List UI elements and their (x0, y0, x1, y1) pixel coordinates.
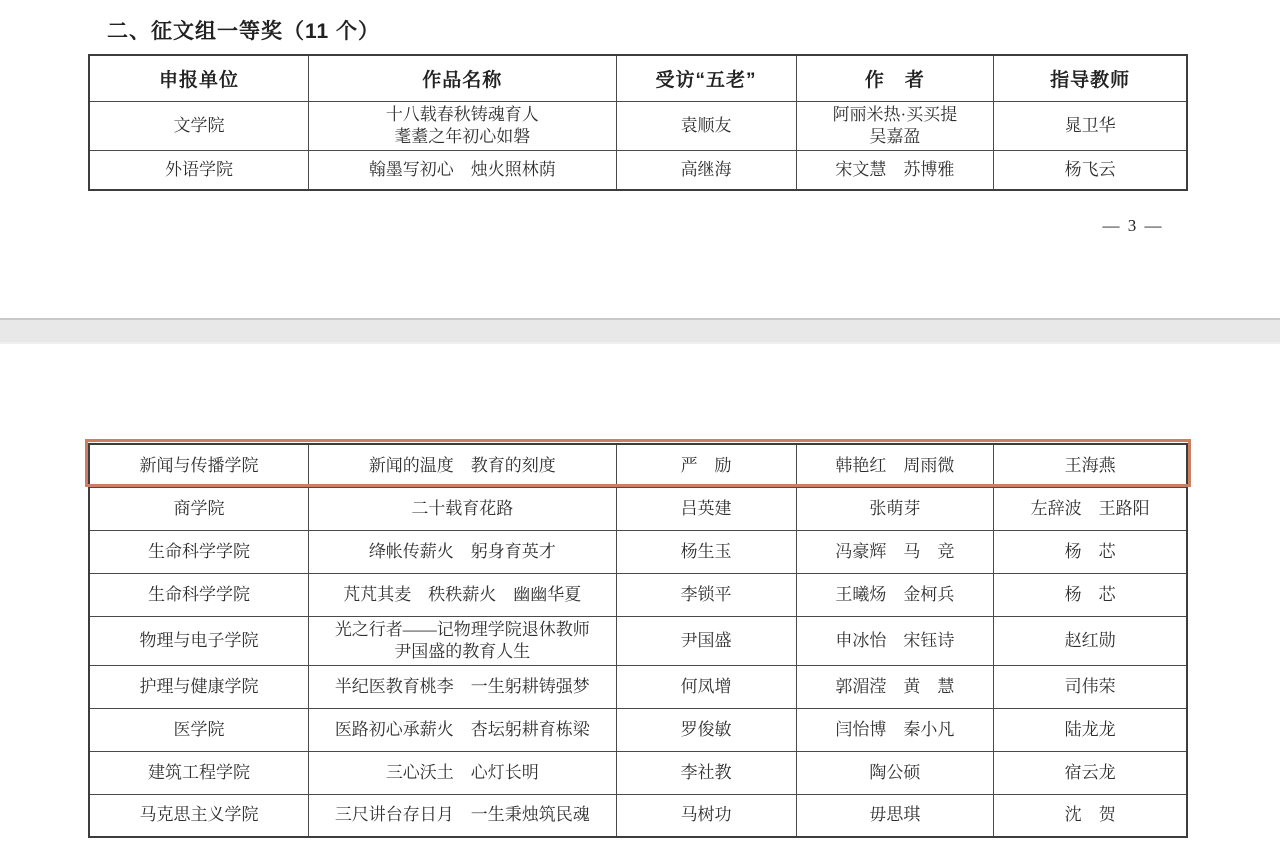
table-cell: 郭湄滢 黄 慧 (796, 665, 994, 708)
table-cell: 杨 芯 (994, 573, 1187, 616)
awards-table-page4: 新闻与传播学院新闻的温度 教育的刻度严 励韩艳红 周雨微王海燕商学院二十载育花路… (88, 443, 1188, 838)
table-cell: 阿丽米热·买买提 吴嘉盈 (796, 101, 994, 150)
table-cell: 商学院 (89, 487, 309, 530)
table-cell: 马克思主义学院 (89, 794, 309, 837)
table-cell: 医路初心承薪火 杏坛躬耕育栋梁 (309, 708, 616, 751)
table-cell: 二十载育花路 (309, 487, 616, 530)
table-row: 建筑工程学院三心沃土 心灯长明李社教陶公硕宿云龙 (89, 751, 1187, 794)
table-cell: 冯豪辉 马 竞 (796, 530, 994, 573)
table-cell: 医学院 (89, 708, 309, 751)
table-header-row: 申报单位作品名称受访“五老”作 者指导教师 (89, 55, 1187, 101)
page-break-band (0, 318, 1280, 344)
table-cell: 宋文慧 苏博雅 (796, 150, 994, 190)
table-cell: 三尺讲台存日月 一生秉烛筑民魂 (309, 794, 616, 837)
table-cell: 生命科学学院 (89, 530, 309, 573)
table-cell: 物理与电子学院 (89, 616, 309, 665)
table-cell: 严 励 (616, 444, 796, 487)
table-cell: 半纪医教育桃李 一生躬耕铸强梦 (309, 665, 616, 708)
table-row: 马克思主义学院三尺讲台存日月 一生秉烛筑民魂马树功毋思琪沈 贺 (89, 794, 1187, 837)
table-row: 医学院医路初心承薪火 杏坛躬耕育栋梁罗俊敏闫怡博 秦小凡陆龙龙 (89, 708, 1187, 751)
table-cell: 沈 贺 (994, 794, 1187, 837)
table-cell: 护理与健康学院 (89, 665, 309, 708)
table-row: 商学院二十载育花路吕英建张萌芽左辞波 王路阳 (89, 487, 1187, 530)
table-cell: 尹国盛 (616, 616, 796, 665)
table-header-cell: 指导教师 (994, 55, 1187, 101)
table-cell: 杨 芯 (994, 530, 1187, 573)
table-cell: 韩艳红 周雨微 (796, 444, 994, 487)
table-cell: 赵红勋 (994, 616, 1187, 665)
table-cell: 陆龙龙 (994, 708, 1187, 751)
table-cell: 光之行者——记物理学院退休教师 尹国盛的教育人生 (309, 616, 616, 665)
table-row: 物理与电子学院光之行者——记物理学院退休教师 尹国盛的教育人生尹国盛申冰怡 宋钰… (89, 616, 1187, 665)
table-cell: 闫怡博 秦小凡 (796, 708, 994, 751)
table-cell: 三心沃土 心灯长明 (309, 751, 616, 794)
table-cell: 杨飞云 (994, 150, 1187, 190)
table-cell: 陶公硕 (796, 751, 994, 794)
table-row: 外语学院翰墨写初心 烛火照林荫高继海宋文慧 苏博雅杨飞云 (89, 150, 1187, 190)
table-cell: 宿云龙 (994, 751, 1187, 794)
table-cell: 王曦炀 金柯兵 (796, 573, 994, 616)
table-cell: 李锁平 (616, 573, 796, 616)
table-row: 生命科学学院绛帐传薪火 躬身育英才杨生玉冯豪辉 马 竞杨 芯 (89, 530, 1187, 573)
table-cell: 张萌芽 (796, 487, 994, 530)
table-cell: 杨生玉 (616, 530, 796, 573)
table-cell: 生命科学学院 (89, 573, 309, 616)
table-cell: 芃芃其麦 秩秩薪火 幽幽华夏 (309, 573, 616, 616)
table-cell: 申冰怡 宋钰诗 (796, 616, 994, 665)
table-row: 文学院十八载春秋铸魂育人 耄耋之年初心如磐袁顺友阿丽米热·买买提 吴嘉盈晁卫华 (89, 101, 1187, 150)
table-cell: 王海燕 (994, 444, 1187, 487)
table-cell: 袁顺友 (616, 101, 796, 150)
table-cell: 马树功 (616, 794, 796, 837)
table-cell: 司伟荣 (994, 665, 1187, 708)
table-cell: 左辞波 王路阳 (994, 487, 1187, 530)
table-cell: 何凤增 (616, 665, 796, 708)
table-row-highlighted: 新闻与传播学院新闻的温度 教育的刻度严 励韩艳红 周雨微王海燕 (89, 444, 1187, 487)
table-cell: 翰墨写初心 烛火照林荫 (309, 150, 616, 190)
table-cell: 新闻的温度 教育的刻度 (309, 444, 616, 487)
table-row: 护理与健康学院半纪医教育桃李 一生躬耕铸强梦何凤增郭湄滢 黄 慧司伟荣 (89, 665, 1187, 708)
table-header-cell: 受访“五老” (616, 55, 796, 101)
table-cell: 新闻与传播学院 (89, 444, 309, 487)
table-cell: 李社教 (616, 751, 796, 794)
section-title: 二、征文组一等奖（11 个） (107, 15, 380, 45)
table-cell: 高继海 (616, 150, 796, 190)
table-header-cell: 作 者 (796, 55, 994, 101)
table-cell: 十八载春秋铸魂育人 耄耋之年初心如磐 (309, 101, 616, 150)
table-cell: 罗俊敏 (616, 708, 796, 751)
awards-table-page3: 申报单位作品名称受访“五老”作 者指导教师 文学院十八载春秋铸魂育人 耄耋之年初… (88, 54, 1188, 191)
table-cell: 建筑工程学院 (89, 751, 309, 794)
table-cell: 晁卫华 (994, 101, 1187, 150)
table-cell: 外语学院 (89, 150, 309, 190)
table-cell: 文学院 (89, 101, 309, 150)
table-cell: 毋思琪 (796, 794, 994, 837)
page-number: — 3 — (1083, 216, 1183, 236)
table-row: 生命科学学院芃芃其麦 秩秩薪火 幽幽华夏李锁平王曦炀 金柯兵杨 芯 (89, 573, 1187, 616)
table-cell: 吕英建 (616, 487, 796, 530)
table-cell: 绛帐传薪火 躬身育英才 (309, 530, 616, 573)
table-header-cell: 作品名称 (309, 55, 616, 101)
document-page: 二、征文组一等奖（11 个） 申报单位作品名称受访“五老”作 者指导教师 文学院… (0, 0, 1280, 857)
table-header-cell: 申报单位 (89, 55, 309, 101)
